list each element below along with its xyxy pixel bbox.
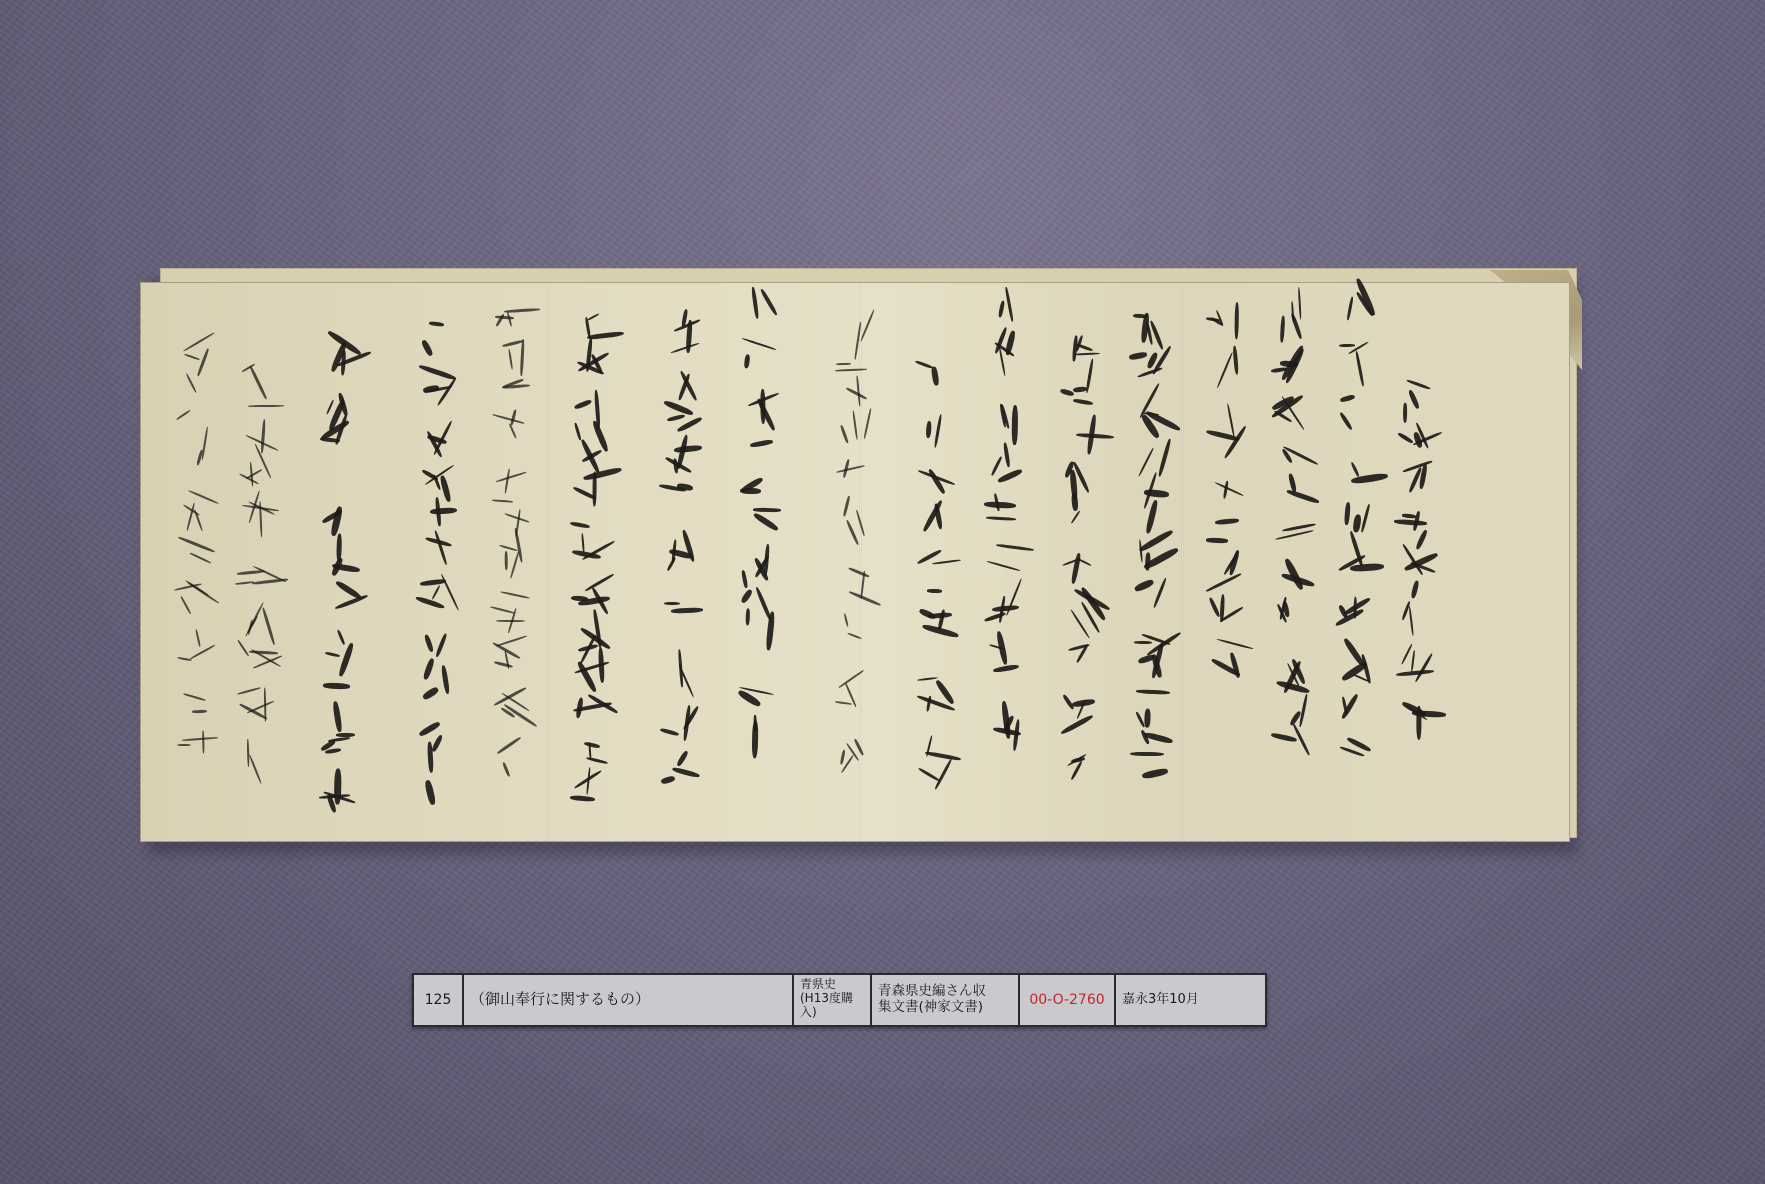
ink-glyph: [1328, 290, 1372, 319]
ink-stroke: [846, 519, 860, 545]
ink-stroke: [496, 471, 527, 482]
ink-glyph: [1123, 709, 1167, 742]
ink-stroke: [237, 687, 260, 695]
ink-stroke: [324, 651, 339, 657]
ink-glyph: [978, 642, 1022, 690]
ink-glyph: [653, 300, 697, 353]
fold-line: [1181, 283, 1184, 841]
ink-stroke: [574, 399, 592, 410]
ink-stroke: [840, 425, 849, 444]
ink-stroke: [1011, 405, 1018, 445]
ink-glyph: [908, 396, 952, 444]
ink-glyph: [828, 320, 872, 353]
ink-stroke: [852, 410, 858, 440]
label-number: 125: [414, 975, 464, 1025]
ink-stroke: [1134, 578, 1155, 592]
ink-glyph: [1328, 545, 1372, 592]
ink-stroke: [996, 468, 1022, 484]
ink-glyph: [1263, 300, 1307, 340]
ink-stroke: [180, 596, 191, 614]
label-collection: 青森県史編さん収 集文書(神家文書): [872, 975, 1020, 1025]
ink-stroke: [441, 665, 450, 694]
ink-glyph: [828, 570, 872, 611]
ink-glyph: [563, 776, 607, 809]
ink-glyph: [828, 362, 872, 400]
ink-stroke: [1280, 315, 1286, 342]
ink-stroke: [1394, 519, 1428, 526]
ink-glyph: [1263, 705, 1307, 751]
ink-stroke: [660, 728, 679, 737]
ink-glyph: [313, 544, 357, 578]
ink-stroke: [933, 413, 942, 447]
ink-stroke: [672, 766, 701, 778]
ink-glyph: [1053, 414, 1097, 448]
ink-glyph: [483, 300, 527, 331]
ink-glyph: [1263, 437, 1307, 468]
ink-stroke: [336, 733, 356, 737]
ink-glyph: [408, 424, 452, 456]
ink-glyph: [1123, 391, 1167, 431]
ink-stroke: [1206, 537, 1228, 542]
ink-stroke: [510, 552, 519, 579]
ink-glyph: [563, 425, 607, 462]
ink-stroke: [1227, 403, 1235, 436]
ink-glyph: [168, 488, 212, 527]
ink-glyph: [313, 630, 357, 667]
ink-glyph: [1198, 407, 1242, 448]
ink-stroke: [592, 420, 610, 453]
label-source-line3: 入): [800, 1006, 853, 1020]
ink-glyph: [730, 502, 774, 533]
ink-glyph: [228, 682, 272, 727]
ink-glyph: [730, 711, 774, 749]
ink-glyph: [1388, 603, 1432, 644]
ink-glyph: [408, 461, 452, 494]
ink-glyph: [1388, 380, 1432, 421]
ink-glyph: [1123, 310, 1167, 341]
ink-stroke: [583, 741, 599, 749]
ink-glyph: [908, 552, 952, 601]
ink-stroke: [664, 602, 680, 605]
ink-glyph: [313, 380, 357, 422]
ink-glyph: [408, 539, 452, 569]
ink-glyph: [228, 360, 272, 395]
ink-stroke: [184, 354, 200, 361]
ink-stroke: [991, 456, 1003, 476]
ink-stroke: [418, 363, 457, 381]
ink-stroke: [836, 465, 865, 473]
ink-stroke: [246, 700, 273, 713]
ink-stroke: [183, 693, 205, 701]
ink-glyph: [313, 583, 357, 625]
ink-stroke: [574, 422, 582, 440]
ink-glyph: [1198, 459, 1242, 502]
ink-glyph: [1263, 400, 1307, 428]
ink-stroke: [431, 585, 440, 600]
ink-glyph: [313, 774, 357, 810]
ink-glyph: [1388, 689, 1432, 730]
ink-glyph: [408, 364, 452, 413]
ink-stroke: [507, 312, 513, 327]
ink-glyph: [168, 687, 212, 718]
ink-glyph: [978, 443, 1022, 487]
ink-stroke: [670, 342, 699, 354]
ink-glyph: [563, 662, 607, 691]
ink-stroke: [1130, 752, 1164, 757]
ink-stroke: [754, 587, 772, 623]
ink-stroke: [418, 720, 441, 737]
ink-glyph: [563, 345, 607, 377]
ink-glyph: [1263, 646, 1307, 696]
ink-stroke: [1348, 341, 1369, 354]
ink-stroke: [667, 414, 685, 422]
ink-glyph: [1263, 605, 1307, 637]
ink-glyph: [828, 411, 872, 457]
ink-glyph: [1328, 730, 1372, 769]
ink-stroke: [1073, 352, 1100, 355]
ink-stroke: [675, 750, 688, 767]
ink-glyph: [228, 568, 272, 598]
ink-glyph: [1123, 655, 1167, 703]
ink-glyph: [1388, 557, 1432, 597]
ink-glyph: [730, 342, 774, 391]
ink-stroke: [998, 300, 1005, 317]
ink-glyph: [563, 467, 607, 513]
ink-stroke: [337, 629, 346, 645]
catalog-label: 125 （御山奉行に関するもの） 青県史 (H13度購 入) 青森県史編さん収 …: [412, 973, 1267, 1027]
ink-stroke: [1408, 389, 1421, 409]
ink-glyph: [313, 427, 357, 474]
ink-glyph: [730, 398, 774, 452]
ink-glyph: [653, 586, 697, 632]
ink-stroke: [495, 315, 514, 319]
ink-glyph: [1328, 644, 1372, 689]
ink-glyph: [313, 673, 357, 727]
fold-line: [546, 283, 549, 841]
ink-stroke: [1414, 652, 1434, 682]
ink-glyph: [730, 652, 774, 704]
ink-glyph: [730, 300, 774, 331]
ink-stroke: [1206, 572, 1242, 592]
ink-glyph: [563, 735, 607, 767]
ink-glyph: [1263, 472, 1307, 503]
ink-glyph: [1328, 447, 1372, 488]
ink-stroke: [496, 736, 520, 754]
ink-glyph: [978, 392, 1022, 437]
ink-stroke: [745, 608, 750, 626]
ink-stroke: [1071, 698, 1095, 708]
ink-stroke: [847, 633, 862, 641]
ink-stroke: [494, 661, 513, 668]
ink-stroke: [835, 701, 852, 705]
ink-glyph: [563, 522, 607, 564]
ink-glyph: [1053, 735, 1097, 787]
ink-glyph: [228, 459, 272, 493]
ink-stroke: [1291, 301, 1294, 322]
ink-stroke: [189, 644, 216, 660]
ink-glyph: [1388, 426, 1432, 455]
ink-stroke: [984, 501, 1017, 509]
ink-glyph: [563, 574, 607, 616]
ink-glyph: [483, 494, 527, 534]
ink-glyph: [1198, 640, 1242, 693]
ink-stroke: [992, 604, 1019, 612]
ink-glyph: [1198, 560, 1242, 592]
label-source-line2: (H13度購: [800, 992, 853, 1006]
ink-glyph: [483, 681, 527, 728]
ink-stroke: [424, 780, 436, 806]
ink-glyph: [908, 658, 952, 710]
ink-stroke: [1071, 510, 1081, 524]
label-source-line1: 青県史: [800, 978, 853, 992]
ink-glyph: [313, 486, 357, 534]
ink-stroke: [1338, 344, 1354, 347]
ink-glyph: [1053, 596, 1097, 631]
ink-stroke: [421, 339, 434, 356]
ink-stroke: [754, 715, 757, 732]
ink-glyph: [1198, 599, 1242, 635]
ink-glyph: [1053, 368, 1097, 408]
ink-stroke: [570, 595, 587, 602]
ink-glyph: [168, 381, 212, 425]
ink-stroke: [493, 686, 526, 705]
ink-glyph: [1328, 696, 1372, 725]
ink-stroke: [1152, 577, 1167, 608]
ink-glyph: [1328, 326, 1372, 378]
ink-glyph: [1263, 347, 1307, 393]
ink-stroke: [1350, 461, 1360, 477]
ink-stroke: [1232, 346, 1239, 375]
ink-stroke: [1234, 302, 1239, 339]
ink-glyph: [483, 339, 527, 367]
ink-glyph: [978, 590, 1022, 636]
ink-glyph: [1198, 351, 1242, 402]
ink-stroke: [1406, 379, 1430, 390]
ink-stroke: [421, 686, 439, 701]
ink-stroke: [863, 408, 871, 439]
ink-glyph: [908, 456, 952, 496]
ink-glyph: [908, 350, 952, 385]
label-catalog-id: 00-O-2760: [1020, 975, 1116, 1025]
ink-glyph: [730, 461, 774, 494]
ink-stroke: [490, 606, 515, 614]
ink-glyph: [228, 604, 272, 637]
ink-stroke: [1361, 504, 1371, 533]
ink-stroke: [508, 349, 514, 370]
ink-glyph: [168, 574, 212, 625]
ink-stroke: [492, 499, 513, 502]
ink-stroke: [839, 750, 845, 766]
ink-glyph: [563, 310, 607, 340]
ink-glyph: [1123, 577, 1167, 608]
ink-glyph: [978, 542, 1022, 585]
ink-stroke: [415, 595, 445, 610]
ink-stroke: [1402, 513, 1416, 518]
ink-glyph: [1053, 459, 1097, 492]
ink-stroke: [501, 591, 531, 600]
ink-stroke: [1408, 606, 1414, 636]
ink-stroke: [581, 533, 585, 553]
ink-glyph: [168, 534, 212, 565]
ink-stroke: [330, 506, 343, 537]
ink-glyph: [978, 331, 1022, 380]
ink-glyph: [1328, 600, 1372, 637]
ink-glyph: [1053, 556, 1097, 590]
ink-stroke: [570, 522, 590, 530]
ink-stroke: [1398, 432, 1415, 444]
ink-stroke: [570, 795, 595, 802]
ink-glyph: [653, 480, 697, 516]
ink-glyph: [1123, 489, 1167, 524]
ink-stroke: [1410, 650, 1415, 672]
ink-stroke: [753, 508, 781, 512]
ink-glyph: [828, 670, 872, 723]
ink-stroke: [984, 612, 1006, 623]
ink-glyph: [228, 737, 272, 778]
ink-glyph: [1123, 534, 1167, 569]
ink-glyph: [1053, 683, 1097, 728]
label-date: 嘉永3年10月: [1116, 975, 1265, 1025]
ink-stroke: [1214, 482, 1244, 498]
ink-glyph: [1053, 330, 1097, 359]
ink-stroke: [993, 664, 1020, 674]
ink-glyph: [408, 576, 452, 607]
ink-glyph: [1328, 386, 1372, 437]
ink-stroke: [202, 731, 204, 754]
ink-stroke: [424, 634, 434, 653]
ink-glyph: [978, 702, 1022, 743]
ink-glyph: [168, 340, 212, 369]
ink-stroke: [915, 360, 933, 369]
ink-stroke: [1216, 352, 1233, 389]
ink-stroke: [1005, 330, 1017, 356]
ink-stroke: [1404, 402, 1408, 422]
ink-stroke: [586, 756, 608, 764]
ink-glyph: [1388, 651, 1432, 679]
ink-stroke: [1340, 394, 1356, 403]
ink-glyph: [483, 738, 527, 779]
ink-stroke: [1005, 286, 1014, 321]
ink-glyph: [653, 400, 697, 437]
ink-glyph: [1388, 461, 1432, 505]
ink-stroke: [244, 601, 264, 637]
ink-glyph: [908, 771, 952, 799]
ink-glyph: [1388, 511, 1432, 545]
ink-stroke: [586, 313, 600, 322]
ink-glyph: [408, 499, 452, 532]
ink-glyph: [653, 523, 697, 576]
ink-stroke: [835, 368, 867, 371]
ink-stroke: [175, 409, 190, 420]
ink-stroke: [1339, 411, 1353, 430]
label-source: 青県史 (H13度購 入): [794, 975, 872, 1025]
ink-glyph: [563, 387, 607, 416]
ink-stroke: [1002, 442, 1010, 468]
ink-stroke: [192, 710, 208, 713]
ink-stroke: [177, 744, 191, 747]
ink-stroke: [260, 420, 265, 454]
ink-glyph: [483, 458, 527, 487]
ink-glyph: [313, 320, 357, 369]
ink-stroke: [931, 366, 939, 385]
ink-stroke: [429, 321, 445, 327]
ink-stroke: [1410, 580, 1419, 599]
ink-glyph: [228, 646, 272, 678]
ink-stroke: [1271, 732, 1298, 742]
ink-glyph: [168, 437, 212, 479]
ink-glyph: [1053, 499, 1097, 551]
ink-stroke: [1346, 297, 1354, 321]
ink-glyph: [908, 502, 952, 542]
ink-stroke: [1134, 641, 1152, 644]
ink-stroke: [1073, 398, 1094, 405]
ink-stroke: [503, 762, 511, 777]
ink-stroke: [660, 775, 675, 784]
ink-stroke: [1215, 517, 1240, 524]
ink-stroke: [248, 404, 284, 406]
ink-stroke: [323, 682, 350, 689]
ink-glyph: [730, 592, 774, 641]
ink-stroke: [419, 579, 446, 587]
ink-stroke: [986, 516, 1016, 521]
ink-glyph: [1198, 310, 1242, 341]
ink-stroke: [189, 552, 210, 563]
ink-glyph: [408, 320, 452, 357]
ink-glyph: [1123, 437, 1167, 478]
ink-glyph: [1123, 748, 1167, 793]
ink-stroke: [326, 399, 335, 415]
ink-stroke: [245, 468, 262, 479]
ink-glyph: [313, 731, 357, 763]
ink-stroke: [1144, 708, 1151, 727]
ink-stroke: [178, 535, 215, 552]
ink-stroke: [836, 363, 851, 366]
ink-glyph: [1263, 510, 1307, 544]
ink-glyph: [1328, 500, 1372, 535]
ink-stroke: [435, 633, 448, 657]
ink-glyph: [653, 697, 697, 737]
ink-stroke: [927, 589, 942, 593]
ink-glyph: [828, 618, 872, 660]
ink-glyph: [828, 520, 872, 560]
ink-stroke: [492, 414, 524, 424]
ink-glyph: [483, 413, 527, 451]
ink-stroke: [854, 738, 865, 756]
ink-glyph: [228, 404, 272, 454]
ink-glyph: [1198, 509, 1242, 552]
ink-glyph: [483, 587, 527, 627]
ink-glyph: [168, 724, 212, 776]
ink-stroke: [667, 557, 677, 572]
ink-glyph: [483, 638, 527, 674]
ink-glyph: [563, 696, 607, 726]
ink-stroke: [505, 551, 508, 570]
ink-stroke: [422, 658, 435, 681]
ink-stroke: [1209, 597, 1222, 618]
ink-stroke: [334, 769, 341, 805]
ink-stroke: [744, 354, 751, 369]
ink-glyph: [168, 636, 212, 678]
ink-stroke: [237, 570, 265, 576]
ink-stroke: [926, 420, 932, 437]
label-collection-line2: 集文書(神家文書): [878, 1000, 986, 1016]
ink-glyph: [408, 660, 452, 713]
ink-glyph: [408, 754, 452, 805]
ink-glyph: [730, 543, 774, 585]
ink-glyph: [408, 612, 452, 653]
ink-glyph: [908, 608, 952, 647]
ink-stroke: [986, 561, 1020, 573]
